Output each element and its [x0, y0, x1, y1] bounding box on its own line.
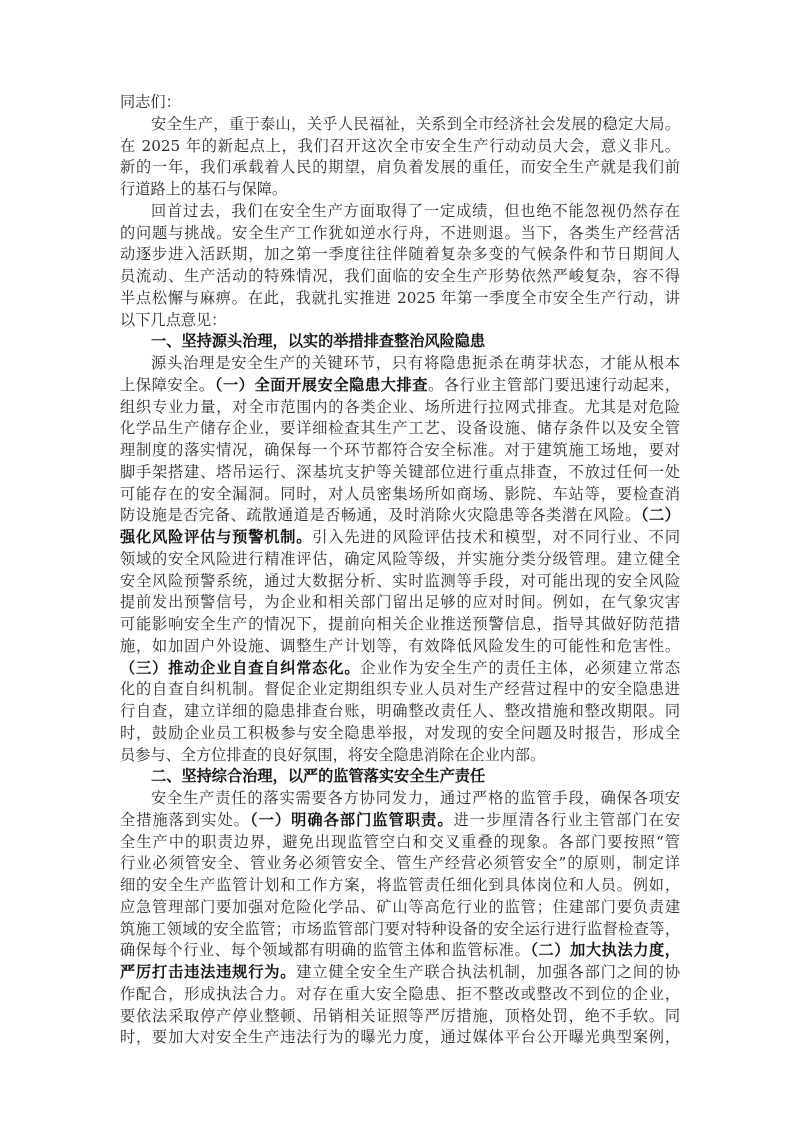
body-text: 确保每个行业、每个领域都有明确的监管主体和监管标准。: [120, 941, 530, 959]
body-text: 行自查，建立详细的隐患排查台账，明确整改责任人、整改措施和整改期限。同: [120, 702, 680, 720]
text-line: 应急管理部门要加强对危险化学品、矿山等高危行业的监管；住建部门要负责建: [120, 897, 680, 919]
body-text: 同志们：: [120, 93, 181, 111]
body-text: 可能存在的安全漏洞。同时，对人员密集场所如商场、影院、车站等，要检查消: [120, 485, 680, 503]
text-line: 细的安全生产监管计划和工作方案，将监管责任细化到具体岗位和人员。例如，: [120, 875, 680, 897]
bold-subheading: （一）明确各部门监管职责。: [250, 811, 454, 829]
text-line: 动逐步进入活跃期，加之第一季度往往伴随着复杂多变的气候条件和节日期间人: [120, 244, 680, 266]
text-line: 半点松懈与麻痹。在此，我就扎实推进 2025 年第一季度全市安全生产行动，讲: [120, 288, 680, 310]
body-text: 应急管理部门要加强对危险化学品、矿山等高危行业的监管；住建部门要负责建: [120, 898, 680, 916]
body-text: 时，鼓励企业员工积极参与安全隐患举报，对发现的安全问题及时报告，形成全: [120, 724, 680, 742]
body-text: 领域的安全风险进行精准评估，确定风险等级，并实施分类分级管理。建立健全: [120, 550, 680, 568]
body-text: 筑施工领域的安全监管；市场监管部门要对特种设备的安全运行进行监督检查等，: [120, 920, 680, 938]
body-text: 动逐步进入活跃期，加之第一季度往往伴随着复杂多变的气候条件和节日期间人: [120, 245, 680, 263]
text-line: 领域的安全风险进行精准评估，确定风险等级，并实施分类分级管理。建立健全: [120, 549, 680, 571]
body-text: 要依法采取停产停业整顿、吊销相关证照等严厉措施，顶格处罚，绝不手软。同: [120, 1007, 680, 1025]
text-line: 以下几点意见：: [120, 310, 680, 332]
body-text: 化的自查自纠机制。督促企业定期组织专业人员对生产经营过程中的安全隐患进: [120, 680, 680, 698]
text-line: 上保障安全。（一）全面开展安全隐患大排查。各行业主管部门要迅速行动起来，: [120, 375, 680, 397]
body-text: 员流动、生产活动的特殊情况，我们面临的安全生产形势依然严峻复杂，容不得: [120, 267, 680, 285]
text-line: 时，要加大对安全生产违法行为的曝光力度，通过媒体平台公开曝光典型案例，: [120, 1027, 680, 1049]
body-text: 施，如加固户外设施、调整生产计划等，有效降低风险发生的可能性和危害性。: [120, 637, 680, 655]
text-line: 化的自查自纠机制。督促企业定期组织专业人员对生产经营过程中的安全隐患进: [120, 679, 680, 701]
text-line: 同志们：: [120, 92, 680, 114]
body-text: 引入先进的风险评估技术和模型，对不同行业、不同: [312, 528, 680, 546]
body-text: 细的安全生产监管计划和工作方案，将监管责任细化到具体岗位和人员。例如，: [120, 876, 680, 894]
body-text: 。各行业主管部门要迅速行动起来，: [428, 376, 680, 394]
body-text: 建立健全安全生产联合执法机制，加强各部门之间的协: [296, 963, 680, 981]
text-line: 行道路上的基石与保障。: [120, 179, 680, 201]
body-text: 半点松懈与麻痹。在此，我就扎实推进 2025 年第一季度全市安全生产行动，讲: [120, 289, 680, 307]
body-text: 可能影响安全生产的情况下，提前向相关企业推送预警信息，指导其做好防范措: [120, 615, 680, 633]
text-line: 在 2025 年的新起点上，我们召开这次全市安全生产行动动员大会，意义非凡。: [120, 136, 680, 158]
document-page: 同志们：安全生产，重于泰山，关乎人民福祉，关系到全市经济社会发展的稳定大局。在 …: [120, 92, 680, 1049]
bold-subheading: 二、坚持综合治理，以严的监管落实安全生产责任: [151, 767, 485, 785]
text-line: 强化风险评估与预警机制。引入先进的风险评估技术和模型，对不同行业、不同: [120, 527, 680, 549]
text-line: 行业必须管安全、管业务必须管安全、管生产经营必须管安全”的原则，制定详: [120, 853, 680, 875]
section-heading: 二、坚持综合治理，以严的监管落实安全生产责任: [120, 766, 680, 788]
body-text: 行业必须管安全、管业务必须管安全、管生产经营必须管安全”的原则，制定详: [120, 854, 680, 872]
text-line: 回首过去，我们在安全生产方面取得了一定成绩，但也绝不能忽视仍然存在: [120, 201, 680, 223]
text-line: 脚手架搭建、塔吊运行、深基坑支护等关键部位进行重点排查，不放过任何一处: [120, 462, 680, 484]
text-line: 安全生产责任的落实需要各方协同发力，通过严格的监管手段，确保各项安: [120, 788, 680, 810]
body-text: 防设施是否完备、疏散通道是否畅通，及时消除火灾隐患等各类潜在风险。: [120, 506, 641, 524]
body-text: 在 2025 年的新起点上，我们召开这次全市安全生产行动动员大会，意义非凡。: [120, 137, 680, 155]
text-line: 可能存在的安全漏洞。同时，对人员密集场所如商场、影院、车站等，要检查消: [120, 484, 680, 506]
body-text: 提前发出预警信号，为企业和相关部门留出足够的应对时间。例如，在气象灾害: [120, 593, 680, 611]
body-text: 上保障安全。: [120, 376, 215, 394]
text-line: 安全风险预警系统，通过大数据分析、实时监测等手段，对可能出现的安全风险: [120, 571, 680, 593]
body-text: 员参与、全方位排查的良好氛围，将安全隐患消除在企业内部。: [120, 746, 545, 764]
text-line: 员参与、全方位排查的良好氛围，将安全隐患消除在企业内部。: [120, 745, 680, 767]
text-line: 行自查，建立详细的隐患排查台账，明确整改责任人、整改措施和整改期限。同: [120, 701, 680, 723]
text-line: 安全生产，重于泰山，关乎人民福祉，关系到全市经济社会发展的稳定大局。: [120, 114, 680, 136]
text-line: 要依法采取停产停业整顿、吊销相关证照等严厉措施，顶格处罚，绝不手软。同: [120, 1006, 680, 1028]
text-line: 筑施工领域的安全监管；市场监管部门要对特种设备的安全运行进行监督检查等，: [120, 919, 680, 941]
body-text: 新的一年，我们承载着人民的期望，肩负着发展的重任，而安全生产就是我们前: [120, 158, 680, 176]
bold-subheading: （二）加大执法力度，: [530, 941, 680, 959]
text-line: 源头治理是安全生产的关键环节，只有将隐患扼杀在萌芽状态，才能从根本: [120, 353, 680, 375]
text-line: 可能影响安全生产的情况下，提前向相关企业推送预警信息，指导其做好防范措: [120, 614, 680, 636]
text-line: 化学品生产储存企业，要详细检查其生产工艺、设备设施、储存条件以及安全管: [120, 418, 680, 440]
bold-subheading: （二）: [641, 506, 680, 524]
text-line: 确保每个行业、每个领域都有明确的监管主体和监管标准。（二）加大执法力度，: [120, 940, 680, 962]
body-text: 组织专业力量，对全市范围内的各类企业、场所进行拉网式排查。尤其是对危险: [120, 398, 680, 416]
body-text: 化学品生产储存企业，要详细检查其生产工艺、设备设施、储存条件以及安全管: [120, 419, 680, 437]
bold-subheading: （三）推动企业自查自纠常态化。: [120, 659, 360, 677]
body-text: 以下几点意见：: [120, 311, 226, 329]
body-text: 进一步厘清各行业主管部门在安: [454, 811, 680, 829]
bold-subheading: （一）全面开展安全隐患大排查: [215, 376, 428, 394]
body-text: 的问题与挑战。安全生产工作犹如逆水行舟，不进则退。当下，各类生产经营活: [120, 224, 680, 242]
body-text: 理制度的落实情况，确保每一个环节都符合安全标准。对于建筑施工场地，要对: [120, 441, 680, 459]
body-text: 作配合，形成执法合力。对存在重大安全隐患、拒不整改或整改不到位的企业，: [120, 985, 680, 1003]
text-line: 施，如加固户外设施、调整生产计划等，有效降低风险发生的可能性和危害性。: [120, 636, 680, 658]
body-text: 全生产中的职责边界，避免出现监管空白和交叉重叠的现象。各部门要按照“管: [120, 833, 680, 851]
body-text: 企业作为安全生产的责任主体，必须建立常态: [360, 659, 680, 677]
text-line: 组织专业力量，对全市范围内的各类企业、场所进行拉网式排查。尤其是对危险: [120, 397, 680, 419]
body-text: 行道路上的基石与保障。: [120, 180, 287, 198]
text-line: （三）推动企业自查自纠常态化。企业作为安全生产的责任主体，必须建立常态: [120, 658, 680, 680]
body-text: 时，要加大对安全生产违法行为的曝光力度，通过媒体平台公开曝光典型案例，: [120, 1028, 680, 1046]
text-line: 提前发出预警信号，为企业和相关部门留出足够的应对时间。例如，在气象灾害: [120, 592, 680, 614]
bold-subheading: 一、坚持源头治理，以实的举措排查整治风险隐患: [151, 332, 485, 350]
text-line: 新的一年，我们承载着人民的期望，肩负着发展的重任，而安全生产就是我们前: [120, 157, 680, 179]
section-heading: 一、坚持源头治理，以实的举措排查整治风险隐患: [120, 331, 680, 353]
text-line: 严厉打击违法违规行为。建立健全安全生产联合执法机制，加强各部门之间的协: [120, 962, 680, 984]
text-line: 员流动、生产活动的特殊情况，我们面临的安全生产形势依然严峻复杂，容不得: [120, 266, 680, 288]
body-text: 安全风险预警系统，通过大数据分析、实时监测等手段，对可能出现的安全风险: [120, 572, 680, 590]
body-text: 脚手架搭建、塔吊运行、深基坑支护等关键部位进行重点排查，不放过任何一处: [120, 463, 680, 481]
text-line: 防设施是否完备、疏散通道是否畅通，及时消除火灾隐患等各类潜在风险。（二）: [120, 505, 680, 527]
text-line: 时，鼓励企业员工积极参与安全隐患举报，对发现的安全问题及时报告，形成全: [120, 723, 680, 745]
body-text: 安全生产，重于泰山，关乎人民福祉，关系到全市经济社会发展的稳定大局。: [151, 115, 680, 133]
body-text: 安全生产责任的落实需要各方协同发力，通过严格的监管手段，确保各项安: [151, 789, 680, 807]
text-line: 全生产中的职责边界，避免出现监管空白和交叉重叠的现象。各部门要按照“管: [120, 832, 680, 854]
bold-subheading: 强化风险评估与预警机制。: [120, 528, 312, 546]
body-text: 回首过去，我们在安全生产方面取得了一定成绩，但也绝不能忽视仍然存在: [151, 202, 680, 220]
body-text: 全措施落到实处。: [120, 811, 250, 829]
text-line: 全措施落到实处。（一）明确各部门监管职责。进一步厘清各行业主管部门在安: [120, 810, 680, 832]
text-line: 理制度的落实情况，确保每一个环节都符合安全标准。对于建筑施工场地，要对: [120, 440, 680, 462]
text-line: 作配合，形成执法合力。对存在重大安全隐患、拒不整改或整改不到位的企业，: [120, 984, 680, 1006]
body-text: 源头治理是安全生产的关键环节，只有将隐患扼杀在萌芽状态，才能从根本: [151, 354, 680, 372]
bold-subheading: 严厉打击违法违规行为。: [120, 963, 296, 981]
text-line: 的问题与挑战。安全生产工作犹如逆水行舟，不进则退。当下，各类生产经营活: [120, 223, 680, 245]
